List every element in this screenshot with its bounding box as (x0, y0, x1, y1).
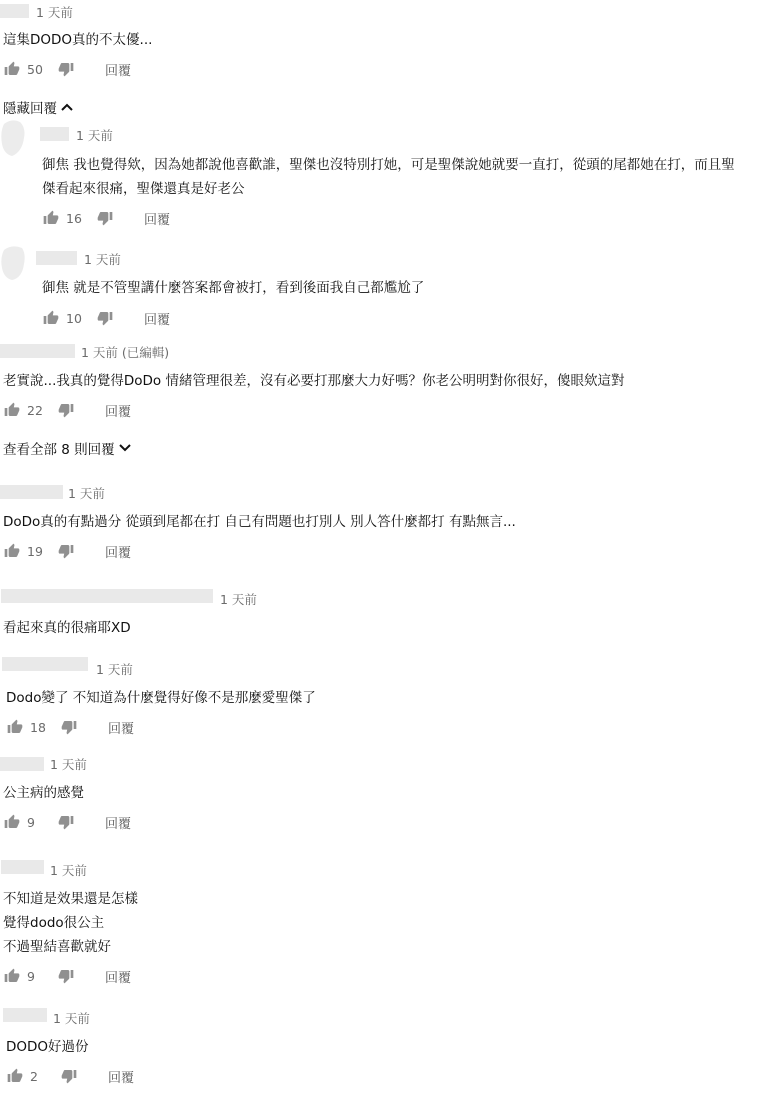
reply-button[interactable]: 回覆 (105, 401, 131, 420)
like-count: 22 (27, 403, 43, 418)
avatar[interactable] (0, 244, 26, 284)
like-count: 9 (27, 969, 43, 984)
thumbs-up-icon[interactable] (42, 310, 60, 326)
reply-button[interactable]: 回覆 (144, 209, 170, 228)
comment-text: DoDo真的有點過分 從頭到尾都在打 自己有問題也打別人 別人答什麼都打 有點無… (3, 510, 516, 530)
thumbs-up-icon[interactable] (3, 814, 21, 830)
author-name-redacted[interactable] (0, 757, 44, 771)
reply-button[interactable]: 回覆 (144, 309, 170, 328)
comment-time: 1 天前 (50, 861, 87, 879)
thumbs-down-icon[interactable] (57, 814, 75, 830)
chevron-down-icon (119, 443, 131, 453)
comment-text-line3: 不過聖結喜歡就好 (3, 935, 111, 955)
hide-replies-label: 隱藏回覆 (3, 97, 57, 117)
author-name-redacted[interactable] (36, 251, 77, 265)
reply-button[interactable]: 回覆 (105, 60, 131, 79)
like-count: 19 (27, 544, 43, 559)
like-count: 18 (30, 720, 46, 735)
avatar[interactable] (0, 118, 26, 158)
reply-button[interactable]: 回覆 (105, 542, 131, 561)
thumbs-down-icon[interactable] (57, 61, 75, 77)
author-name-redacted[interactable] (1, 860, 44, 874)
comment-text-line2: 覺得dodo很公主 (3, 911, 104, 931)
comment-time: 1 天前 (96, 660, 133, 678)
thumbs-up-icon[interactable] (6, 719, 24, 735)
like-count: 10 (66, 311, 82, 326)
comment-text: 御焦 就是不管聖講什麼答案都會被打，看到後面我自己都尷尬了 (42, 276, 424, 296)
comment-text: 看起來真的很痛耶XD (3, 616, 131, 636)
reply-button[interactable]: 回覆 (105, 813, 131, 832)
like-count: 2 (30, 1069, 46, 1084)
thumbs-down-icon[interactable] (57, 402, 75, 418)
thumbs-down-icon[interactable] (96, 210, 114, 226)
comment-time: 1 天前 (76, 126, 113, 144)
reply-button[interactable]: 回覆 (105, 967, 131, 986)
comment-text: DODO好過份 (6, 1035, 89, 1055)
author-name-redacted[interactable] (1, 589, 213, 603)
comment-time: 1 天前 (50, 755, 87, 773)
view-all-replies-label: 查看全部 8 則回覆 (3, 438, 115, 458)
reply-button[interactable]: 回覆 (108, 718, 134, 737)
thumbs-down-icon[interactable] (57, 968, 75, 984)
thumbs-up-icon[interactable] (42, 210, 60, 226)
author-name-redacted[interactable] (2, 657, 88, 671)
hide-replies-toggle[interactable]: 隱藏回覆 (3, 97, 73, 117)
comment-text-line1: 不知道是效果還是怎樣 (3, 887, 138, 907)
thumbs-down-icon[interactable] (60, 719, 78, 735)
view-all-replies-toggle[interactable]: 查看全部 8 則回覆 (3, 438, 131, 458)
author-name-redacted[interactable] (40, 127, 69, 141)
chevron-up-icon (61, 102, 73, 112)
comment-text: 御焦 我也覺得欸，因為她都說他喜歡誰，聖傑也沒特別打她，可是聖傑說她就要一直打，… (42, 153, 735, 173)
thumbs-down-icon[interactable] (57, 543, 75, 559)
comment-text: 公主病的感覺 (3, 781, 84, 801)
comment-text-line2: 傑看起來很痛，聖傑還真是好老公 (42, 177, 245, 197)
author-name-redacted[interactable] (0, 4, 29, 18)
author-name-redacted[interactable] (0, 485, 63, 499)
thumbs-up-icon[interactable] (3, 402, 21, 418)
like-count: 50 (27, 62, 43, 77)
author-name-redacted[interactable] (3, 1008, 47, 1022)
comment-text: Dodo變了 不知道為什麼覺得好像不是那麼愛聖傑了 (6, 686, 316, 706)
thumbs-up-icon[interactable] (3, 61, 21, 77)
thumbs-down-icon[interactable] (60, 1068, 78, 1084)
like-count: 9 (27, 815, 43, 830)
comment-time: 1 天前 (53, 1009, 90, 1027)
author-name-redacted[interactable] (0, 344, 75, 358)
comment-time: 1 天前 (220, 590, 257, 608)
thumbs-up-icon[interactable] (6, 1068, 24, 1084)
comment-time: 1 天前 (36, 3, 73, 21)
comment-time: 1 天前 (已編輯) (81, 343, 169, 361)
like-count: 16 (66, 211, 82, 226)
thumbs-up-icon[interactable] (3, 543, 21, 559)
thumbs-up-icon[interactable] (3, 968, 21, 984)
comment-time: 1 天前 (84, 250, 121, 268)
comment-text: 老實說...我真的覺得DoDo 情緒管理很差，沒有必要打那麼大力好嗎？你老公明明… (3, 369, 624, 389)
comment-text: 這集DODO真的不太優... (3, 28, 152, 48)
reply-button[interactable]: 回覆 (108, 1067, 134, 1086)
comment-time: 1 天前 (68, 484, 105, 502)
thumbs-down-icon[interactable] (96, 310, 114, 326)
